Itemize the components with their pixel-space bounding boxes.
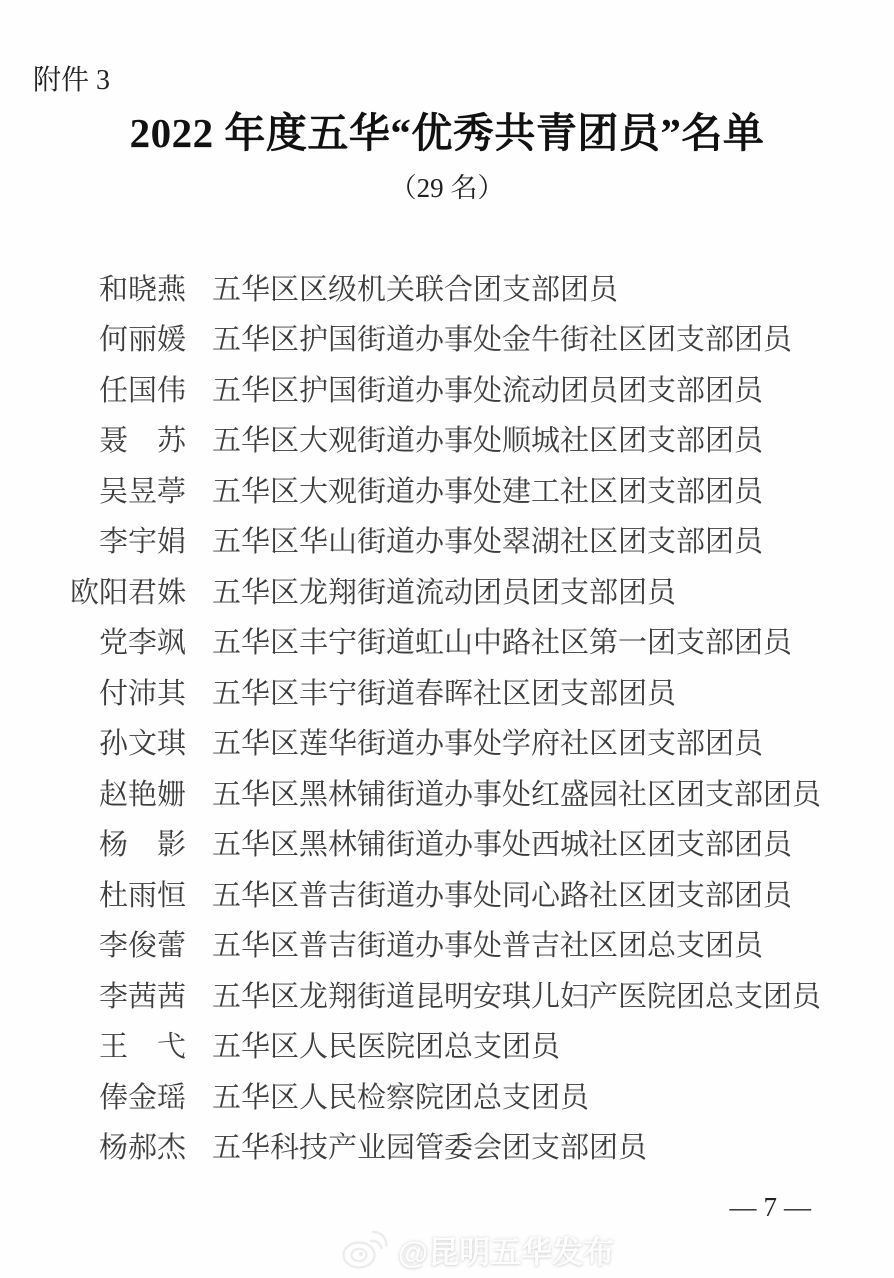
page-number: —7— <box>730 1192 819 1223</box>
attachment-label: 附件 3 <box>33 58 110 98</box>
member-row: 李宇娟 五华区华山街道办事处翠湖社区团支部团员 <box>68 515 868 566</box>
member-affiliation: 五华区人民医院团总支团员 <box>212 1024 560 1065</box>
member-row: 欧阳君姝 五华区龙翔街道流动团员团支部团员 <box>68 565 868 616</box>
member-affiliation: 五华区华山街道办事处翠湖社区团支部团员 <box>212 519 763 560</box>
member-name: 欧阳君姝 <box>68 570 186 611</box>
watermark-text: @昆明五华发布 <box>398 1227 614 1272</box>
member-name: 何丽媛 <box>68 317 186 358</box>
member-name: 李宇娟 <box>68 519 186 560</box>
member-row: 聂 苏 五华区大观街道办事处顺城社区团支部团员 <box>68 414 868 465</box>
member-row: 王 弋 五华区人民医院团总支团员 <box>68 1020 868 1071</box>
member-row: 李俊蕾 五华区普吉街道办事处普吉社区团总支团员 <box>68 919 868 970</box>
member-affiliation: 五华科技产业园管委会团支部团员 <box>212 1125 647 1166</box>
member-count-subtitle: （29 名） <box>0 166 894 205</box>
member-affiliation: 五华区丰宁街道春晖社区团支部团员 <box>212 671 676 712</box>
member-row: 李茜茜 五华区龙翔街道昆明安琪儿妇产医院团总支团员 <box>68 969 868 1020</box>
member-name: 王 弋 <box>68 1024 186 1065</box>
member-affiliation: 五华区人民检察院团总支团员 <box>212 1075 589 1116</box>
member-row: 杨 影 五华区黑林铺街道办事处西城社区团支部团员 <box>68 818 868 869</box>
member-affiliation: 五华区大观街道办事处顺城社区团支部团员 <box>212 418 763 459</box>
watermark: @昆明五华发布 <box>340 1226 614 1272</box>
document-page: 附件 3 2022 年度五华“优秀共青团员”名单 （29 名） 和晓燕 五华区区… <box>0 0 894 1278</box>
member-name: 杜雨恒 <box>68 873 186 914</box>
member-row: 俸金瑶 五华区人民检察院团总支团员 <box>68 1070 868 1121</box>
member-affiliation: 五华区区级机关联合团支部团员 <box>212 267 618 308</box>
member-name: 吴昱葶 <box>68 469 186 510</box>
member-name: 孙文琪 <box>68 721 186 762</box>
member-name: 付沛其 <box>68 671 186 712</box>
member-affiliation: 五华区大观街道办事处建工社区团支部团员 <box>212 469 763 510</box>
member-row: 赵艳姗 五华区黑林铺街道办事处红盛园社区团支部团员 <box>68 767 868 818</box>
member-row: 付沛其 五华区丰宁街道春晖社区团支部团员 <box>68 666 868 717</box>
member-row: 孙文琪 五华区莲华街道办事处学府社区团支部团员 <box>68 717 868 768</box>
member-affiliation: 五华区黑林铺街道办事处红盛园社区团支部团员 <box>212 772 821 813</box>
member-row: 党李飒 五华区丰宁街道虹山中路社区第一团支部团员 <box>68 616 868 667</box>
member-row: 杜雨恒 五华区普吉街道办事处同心路社区团支部团员 <box>68 868 868 919</box>
member-name: 杨郝杰 <box>68 1125 186 1166</box>
member-name: 和晓燕 <box>68 267 186 308</box>
member-affiliation: 五华区丰宁街道虹山中路社区第一团支部团员 <box>212 620 792 661</box>
member-affiliation: 五华区黑林铺街道办事处西城社区团支部团员 <box>212 822 792 863</box>
member-name: 党李飒 <box>68 620 186 661</box>
member-name: 李俊蕾 <box>68 923 186 964</box>
member-affiliation: 五华区莲华街道办事处学府社区团支部团员 <box>212 721 763 762</box>
member-affiliation: 五华区龙翔街道流动团员团支部团员 <box>212 570 676 611</box>
member-name: 李茜茜 <box>68 974 186 1015</box>
page-title: 2022 年度五华“优秀共青团员”名单 <box>0 100 894 159</box>
member-affiliation: 五华区护国街道办事处流动团员团支部团员 <box>212 368 763 409</box>
member-name: 聂 苏 <box>68 418 186 459</box>
member-row: 任国伟 五华区护国街道办事处流动团员团支部团员 <box>68 363 868 414</box>
member-affiliation: 五华区护国街道办事处金牛街社区团支部团员 <box>212 317 792 358</box>
weibo-icon <box>340 1226 388 1272</box>
member-list: 和晓燕 五华区区级机关联合团支部团员 何丽媛 五华区护国街道办事处金牛街社区团支… <box>68 262 868 1171</box>
member-name: 赵艳姗 <box>68 772 186 813</box>
member-affiliation: 五华区普吉街道办事处普吉社区团总支团员 <box>212 923 763 964</box>
member-row: 杨郝杰 五华科技产业园管委会团支部团员 <box>68 1121 868 1172</box>
member-row: 何丽媛 五华区护国街道办事处金牛街社区团支部团员 <box>68 313 868 364</box>
member-name: 任国伟 <box>68 368 186 409</box>
member-name: 杨 影 <box>68 822 186 863</box>
member-row: 和晓燕 五华区区级机关联合团支部团员 <box>68 262 868 313</box>
member-affiliation: 五华区普吉街道办事处同心路社区团支部团员 <box>212 873 792 914</box>
member-row: 吴昱葶 五华区大观街道办事处建工社区团支部团员 <box>68 464 868 515</box>
member-name: 俸金瑶 <box>68 1075 186 1116</box>
member-affiliation: 五华区龙翔街道昆明安琪儿妇产医院团总支团员 <box>212 974 821 1015</box>
